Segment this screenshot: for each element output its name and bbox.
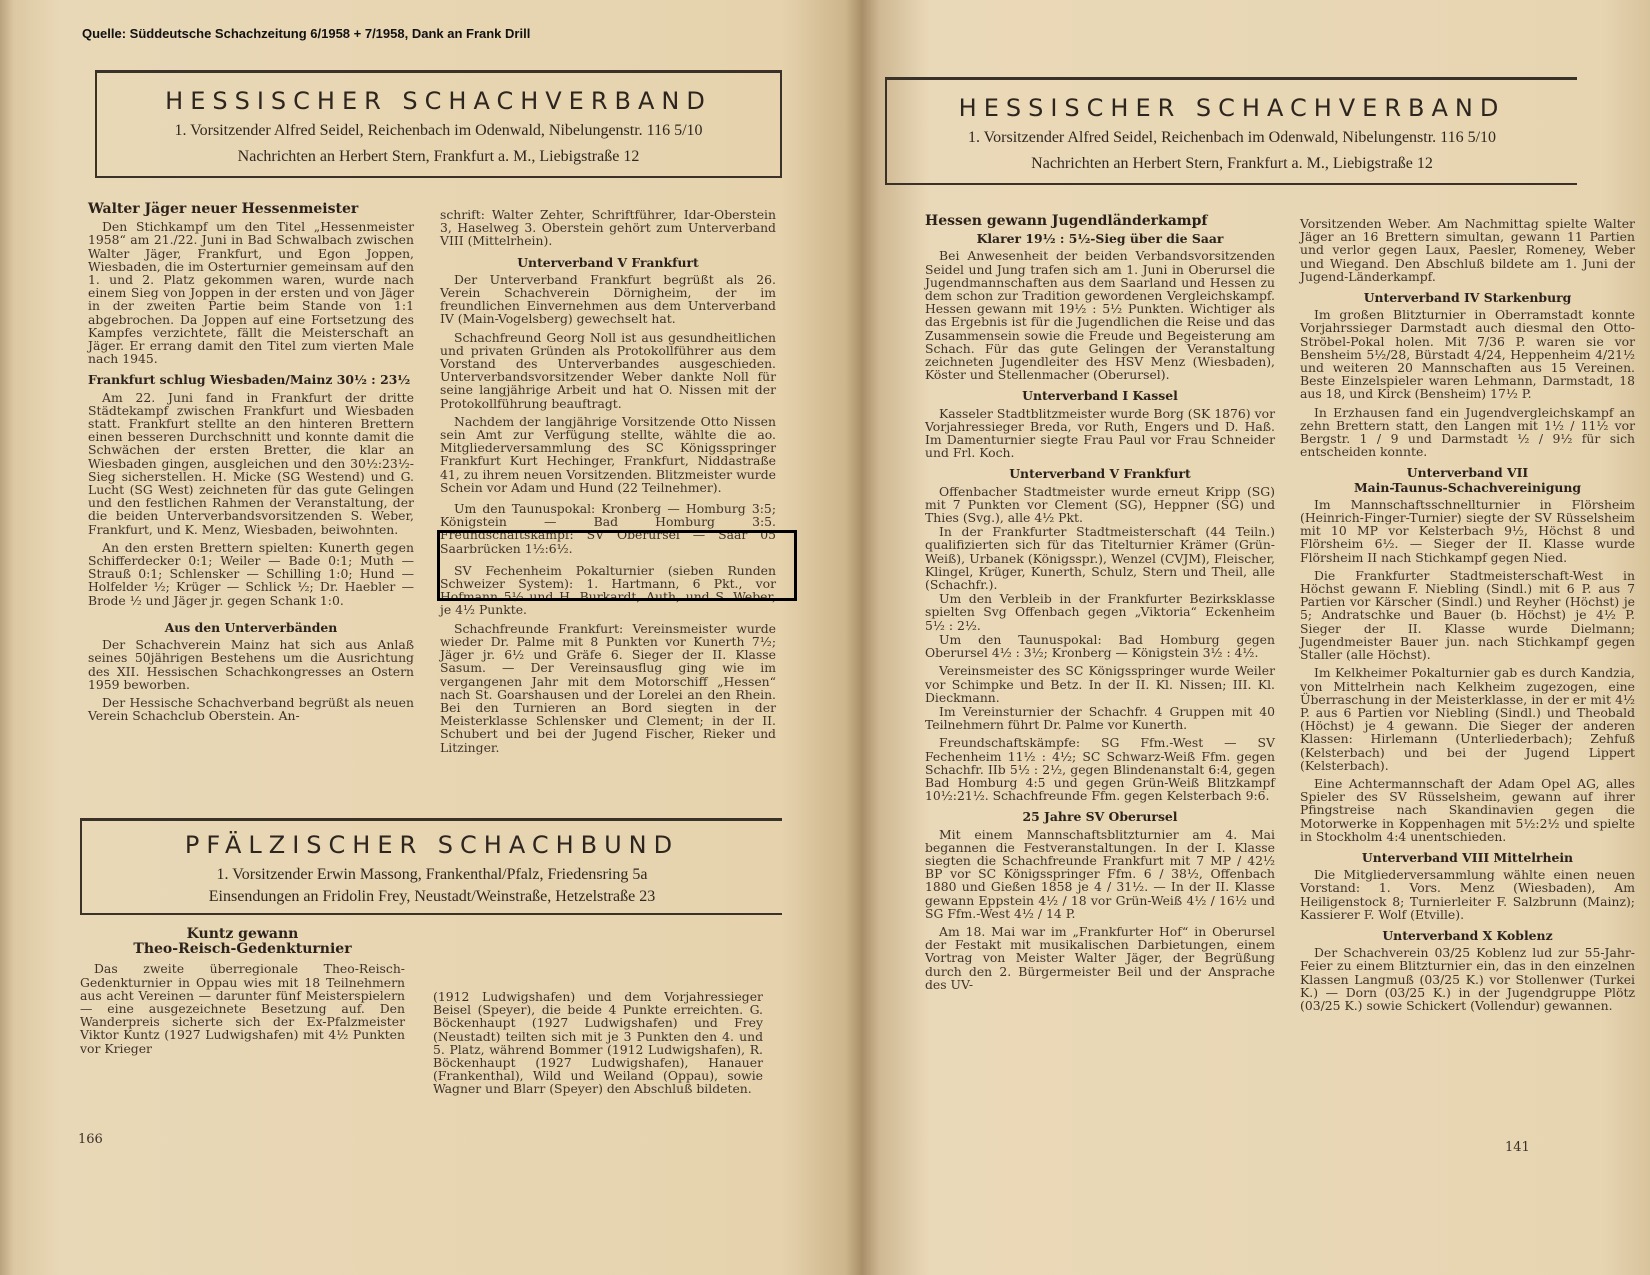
article-paragraph: Im großen Blitzturnier in Oberramstadt k… [1300,308,1635,400]
article-paragraph: Nachdem der langjährige Vorsitzende Otto… [440,415,776,494]
article-paragraph: In der Frankfurter Stadtmeisterschaft (4… [925,525,1275,591]
section-subheading: Main-Taunus-Schachvereinigung [1300,481,1635,494]
article-headline: Hessen gewann Jugendländerkampf [925,215,1275,228]
right-header-box: HESSISCHER SCHACHVERBAND 1. Vorsitzender… [885,77,1577,185]
section-heading: Unterverband V Frankfurt [440,256,776,269]
article-headline: Frankfurt schlug Wiesbaden/Mainz 30½ : 2… [88,373,414,386]
page-number-left: 166 [78,1132,103,1147]
section-heading: Aus den Unterverbänden [88,621,414,634]
left-column-2: schrift: Walter Zehter, Schriftführer, I… [440,208,776,759]
right-column-1: Hessen gewann Jugendländerkampf Klarer 1… [925,215,1275,996]
article-paragraph: Am 22. Juni fand in Frankfurt der dritte… [88,391,414,536]
article-paragraph: Offenbacher Stadtmeister wurde erneut Kr… [925,485,1275,525]
article-paragraph: Bei Anwesenheit der beiden Verbandsvorsi… [925,249,1275,381]
article-paragraph: Eine Achtermannschaft der Adam Opel AG, … [1300,777,1635,843]
pfalz-header-box: PFÄLZISCHER SCHACHBUND 1. Vorsitzender E… [80,818,782,915]
article-paragraph: Im Mannschaftsschnellturnier in Flörshei… [1300,498,1635,564]
federation-title: HESSISCHER SCHACHVERBAND [887,94,1577,122]
article-paragraph: Kasseler Stadtblitzmeister wurde Borg (S… [925,407,1275,460]
left-header-box: HESSISCHER SCHACHVERBAND 1. Vorsitzender… [95,70,782,178]
article-paragraph: Freundschaftskämpfe: SG Ffm.-West — SV F… [925,736,1275,802]
article-subheadline: Klarer 19½ : 5½-Sieg über die Saar [925,232,1275,245]
chairman-line: 1. Vorsitzender Alfred Seidel, Reichenba… [887,128,1577,148]
article-paragraph: Der Hessische Schachverband begrüßt als … [88,696,414,722]
article-paragraph: schrift: Walter Zehter, Schriftführer, I… [440,208,776,248]
article-headline: Walter Jäger neuer Hessenmeister [88,203,414,216]
contact-line: Nachrichten an Herbert Stern, Frankfurt … [97,147,780,167]
article-paragraph: Schachfreunde Frankfurt: Vereinsmeister … [440,622,776,754]
contact-line: Nachrichten an Herbert Stern, Frankfurt … [887,154,1577,174]
article-paragraph: Die Mitgliederversammlung wählte einen n… [1300,868,1635,921]
article-paragraph: (1912 Ludwigshafen) und dem Vorjahressie… [433,990,763,1096]
federation-title: HESSISCHER SCHACHVERBAND [97,87,780,115]
section-heading: Unterverband X Koblenz [1300,929,1635,942]
section-heading: Unterverband VII [1300,466,1635,479]
article-paragraph: Um den Verbleib in der Frankfurter Bezir… [925,592,1275,632]
section-heading: Unterverband VIII Mittelrhein [1300,851,1635,864]
federation-title: PFÄLZISCHER SCHACHBUND [82,831,782,859]
article-paragraph: Das zweite überregionale Theo-Reisch-Ged… [80,962,405,1054]
article-paragraph: Im Kelkheimer Pokalturnier gab es durch … [1300,666,1635,772]
article-paragraph: Im Vereinsturnier der Schachfr. 4 Gruppe… [925,705,1275,731]
section-heading: Unterverband IV Starkenburg [1300,291,1635,304]
article-paragraph: Am 18. Mai war im „Frankfurter Hof“ in O… [925,925,1275,991]
article-paragraph: In Erzhausen fand ein Jugendvergleichska… [1300,406,1635,459]
source-caption: Quelle: Süddeutsche Schachzeitung 6/1958… [82,26,530,41]
article-paragraph: An den ersten Brettern spielten: Kunerth… [88,541,414,607]
right-column-2: Vorsitzenden Weber. Am Nachmittag spielt… [1300,217,1635,1017]
left-column-1: Walter Jäger neuer Hessenmeister Den Sti… [88,203,414,727]
page-number-right: 141 [1505,1140,1530,1155]
article-paragraph: Vorsitzenden Weber. Am Nachmittag spielt… [1300,217,1635,283]
article-paragraph: Vereinsmeister des SC Königsspringer wur… [925,664,1275,704]
article-paragraph: Den Stichkampf um den Titel „Hessenmeist… [88,220,414,365]
article-paragraph: Schachfreund Georg Noll ist aus gesundhe… [440,331,776,410]
article-paragraph: Mit einem Mannschaftsblitzturnier am 4. … [925,828,1275,920]
section-heading: Unterverband I Kassel [925,389,1275,402]
article-paragraph: Der Schachverein Mainz hat sich aus Anla… [88,638,414,691]
section-heading: 25 Jahre SV Oberursel [925,810,1275,823]
article-paragraph: Der Unterverband Frankfurt begrüßt als 2… [440,273,776,326]
article-paragraph: Die Frankfurter Stadtmeisterschaft-West … [1300,569,1635,661]
chairman-line: 1. Vorsitzender Erwin Massong, Frankenth… [82,865,782,885]
section-heading: Unterverband V Frankfurt [925,467,1275,480]
highlight-frame [437,530,797,601]
left-column-4: (1912 Ludwigshafen) und dem Vorjahressie… [433,990,763,1101]
article-headline: Theo-Reisch-Gedenkturnier [80,943,405,956]
article-headline: Kuntz gewann [80,928,405,941]
contact-line: Einsendungen an Fridolin Frey, Neustadt/… [82,887,782,907]
article-paragraph: Der Schachverein 03/25 Koblenz lud zur 5… [1300,946,1635,1012]
article-paragraph: Um den Taunuspokal: Bad Homburg gegen Ob… [925,633,1275,659]
left-column-3: Kuntz gewann Theo-Reisch-Gedenkturnier D… [80,928,405,1060]
chairman-line: 1. Vorsitzender Alfred Seidel, Reichenba… [97,121,780,141]
